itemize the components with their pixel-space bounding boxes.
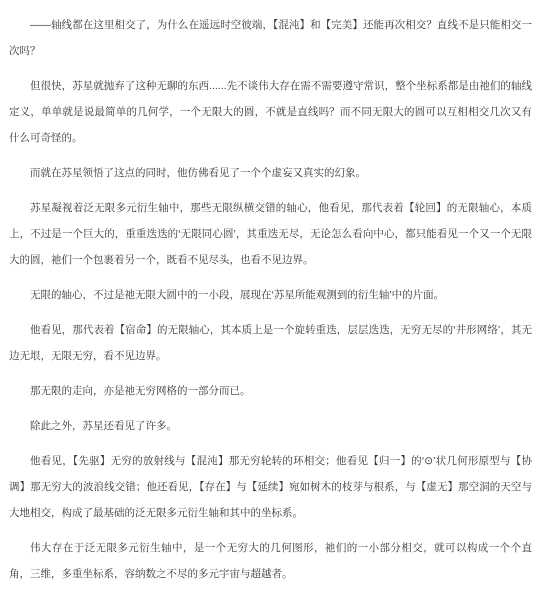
paragraph: 伟大存在于泛无限多元衍生轴中，是一个无穷大的几何图形，祂们的一小部分相交，就可以… — [9, 535, 532, 587]
paragraph: ——轴线都在这里相交了，为什么在遥远时空彼端，【混沌】和【完美】还能再次相交？直… — [9, 12, 532, 64]
paragraph: 除此之外，苏星还看见了许多。 — [9, 413, 532, 439]
paragraph: 那无限的走向，亦是祂无穷网格的一部分而已。 — [9, 378, 532, 404]
paragraph: 他看见，【先驱】无穷的放射线与【混沌】那无穷轮转的环相交；他看见【归一】的‘⊙’… — [9, 448, 532, 526]
paragraph: 而就在苏星领悟了这点的同时，他仿佛看见了一个个虚妄又真实的幻象。 — [9, 160, 532, 186]
chapter-text: ——轴线都在这里相交了，为什么在遥远时空彼端，【混沌】和【完美】还能再次相交？直… — [0, 0, 541, 602]
paragraph: 苏星凝视着泛无限多元衍生轴中，那些无限纵横交错的轴心，他看见，那代表着【轮回】的… — [9, 195, 532, 273]
paragraph: 但很快，苏星就抛弃了这种无聊的东西......先不谈伟大存在需不需要遵守常识，整… — [9, 73, 532, 151]
paragraph: 他看见，那代表着【宿命】的无限轴心，其本质上是一个旋转重迭，层层迭迭，无穷无尽的… — [9, 317, 532, 369]
paragraph: 无限的轴心，不过是祂无限大圆中的一小段，展现在‘苏星所能观测到的衍生轴’中的片面… — [9, 282, 532, 308]
novel-reading-page: ——轴线都在这里相交了，为什么在遥远时空彼端，【混沌】和【完美】还能再次相交？直… — [0, 0, 541, 602]
